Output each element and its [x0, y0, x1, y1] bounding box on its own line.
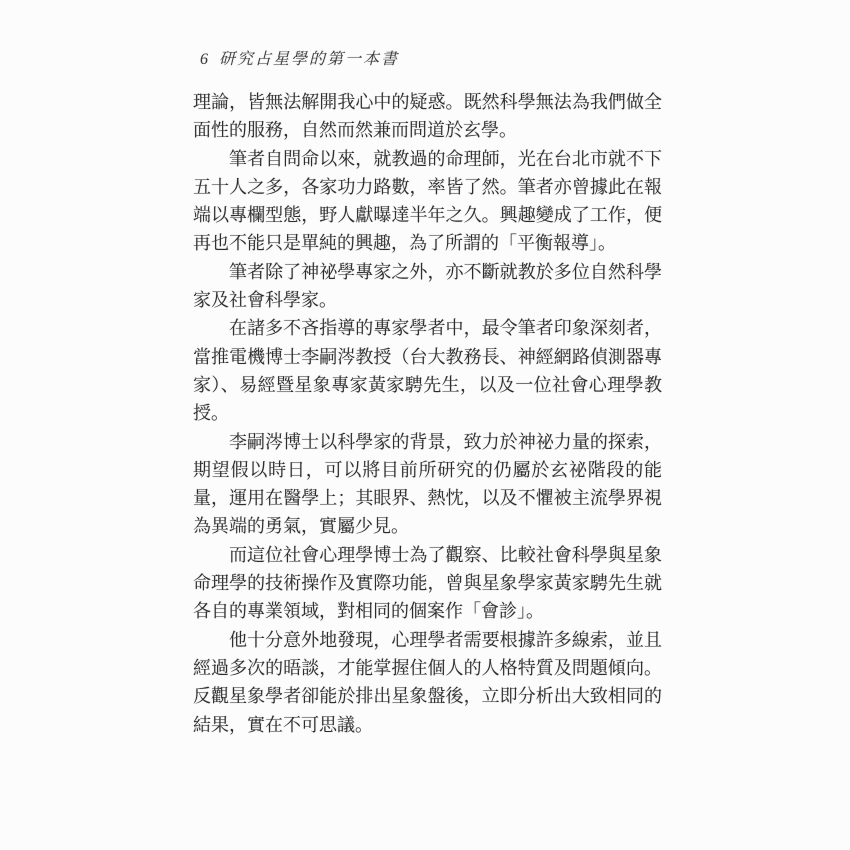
text-line: 量，運用在醫學上；其眼界、熱忱，以及不懼被主流學界視 [193, 484, 662, 512]
text-line: 筆者自問命以來，就教過的命理師，光在台北市就不下 [193, 145, 662, 173]
text-line: 當推電機博士李嗣涔教授（台大教務長、神經網路偵測器專 [193, 343, 662, 371]
text-line: 反觀星象學者卻能於排出星象盤後，立即分析出大致相同的 [193, 682, 662, 710]
page-header: 6研究占星學的第一本書 [200, 46, 399, 69]
text-line: 面性的服務，自然而然兼而問道於玄學。 [193, 116, 662, 144]
text-line: 授。 [193, 399, 662, 427]
book-page: 6研究占星學的第一本書 理論，皆無法解開我心中的疑惑。既然科學無法為我們做全面性… [0, 0, 850, 850]
page-number: 6 [200, 51, 210, 68]
text-line: 李嗣涔博士以科學家的背景，致力於神祕力量的探索， [193, 428, 662, 456]
text-line: 為異端的勇氣，實屬少見。 [193, 512, 662, 540]
text-line: 而這位社會心理學博士為了觀察、比較社會科學與星象 [193, 541, 662, 569]
text-line: 他十分意外地發現，心理學者需要根據許多線索，並且 [193, 626, 662, 654]
text-line: 命理學的技術操作及實際功能，曾與星象學家黃家騁先生就 [193, 569, 662, 597]
text-line: 家及社會科學家。 [193, 286, 662, 314]
text-line: 各自的專業領域，對相同的個案作「會診」。 [193, 597, 662, 625]
body-text: 理論，皆無法解開我心中的疑惑。既然科學無法為我們做全面性的服務，自然而然兼而問道… [193, 88, 662, 739]
text-line: 筆者除了神祕學專家之外，亦不斷就教於多位自然科學 [193, 258, 662, 286]
text-line: 結果，實在不可思議。 [193, 711, 662, 739]
text-line: 再也不能只是單純的興趣，為了所謂的「平衡報導」。 [193, 229, 662, 257]
running-title: 研究占星學的第一本書 [219, 51, 399, 68]
text-line: 在諸多不吝指導的專家學者中，最令筆者印象深刻者， [193, 314, 662, 342]
text-line: 端以專欄型態，野人獻曝達半年之久。興趣變成了工作，便 [193, 201, 662, 229]
text-line: 家）、易經暨星象專家黃家騁先生，以及一位社會心理學教 [193, 371, 662, 399]
text-line: 經過多次的晤談，才能掌握住個人的人格特質及問題傾向。 [193, 654, 662, 682]
text-line: 期望假以時日，可以將目前所研究的仍屬於玄祕階段的能 [193, 456, 662, 484]
text-line: 五十人之多，各家功力路數，率皆了然。筆者亦曾據此在報 [193, 173, 662, 201]
text-line: 理論，皆無法解開我心中的疑惑。既然科學無法為我們做全 [193, 88, 662, 116]
